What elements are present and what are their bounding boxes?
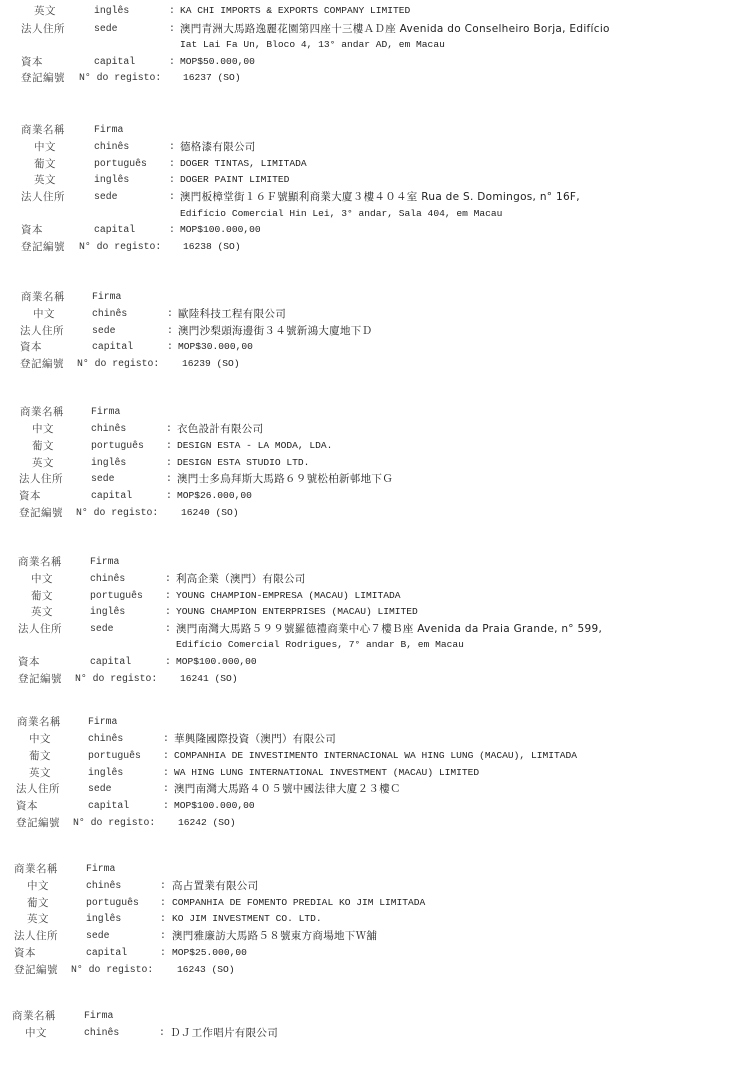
colon: : [169, 222, 175, 238]
firma-label-zh: 商業名稱 [18, 554, 62, 570]
registo-label-pt: N° do registo: [75, 671, 157, 687]
capital-value: MOP$100.000,00 [180, 222, 261, 238]
portugues-label-zh: 葡文 [29, 748, 51, 764]
registo-label-pt: N° do registo: [73, 815, 155, 831]
chines-label-pt: chinês [88, 731, 123, 747]
colon: : [167, 339, 173, 355]
capital-label-zh: 資本 [19, 488, 41, 504]
gazette-page: 英文 inglês : KA CHI IMPORTS & EXPORTS COM… [0, 0, 739, 1077]
registo-value: 16240 (SO) [181, 505, 239, 521]
colon: : [163, 748, 169, 764]
colon: : [165, 621, 171, 637]
sede-value-line2: Iat Lai Fa Un, Bloco 4, 13° andar AD, em… [180, 37, 445, 53]
capital-label-zh: 資本 [18, 654, 40, 670]
registo-label-pt: N° do registo: [77, 356, 159, 372]
sede-value-line2: Edifício Comercial Hin Lei, 3° andar, Sa… [180, 206, 502, 222]
firma-label-zh: 商業名稱 [14, 861, 58, 877]
ingles-value: KA CHI IMPORTS & EXPORTS COMPANY LIMITED [180, 3, 410, 19]
chines-label-pt: chinês [92, 306, 127, 322]
sede-value-line1: 澳門南灣大馬路５９９號羅德禮商業中心７樓Ｂ座 Avenida da Praia … [176, 621, 602, 637]
chines-value: ＤＪ工作唱片有限公司 [170, 1025, 278, 1041]
colon: : [160, 878, 166, 894]
registo-label-zh: 登記編號 [21, 70, 65, 86]
registo-label-pt: N° do registo: [79, 239, 161, 255]
sede-label-pt: sede [91, 471, 115, 487]
registo-value: 16237 (SO) [183, 70, 241, 86]
sede-label-zh: 法人住所 [20, 323, 64, 339]
colon: : [160, 928, 166, 944]
sede-label-zh: 法人住所 [18, 621, 62, 637]
chines-label-zh: 中文 [31, 571, 53, 587]
capital-label-pt: capital [94, 222, 135, 238]
firma-label-pt: Firma [90, 554, 119, 570]
registo-label-pt: N° do registo: [79, 70, 161, 86]
colon: : [166, 455, 172, 471]
chines-value: 利高企業（澳門）有限公司 [176, 571, 306, 587]
portugues-label-pt: português [88, 748, 141, 764]
ingles-label-zh: 英文 [31, 604, 53, 620]
ingles-label-zh: 英文 [29, 765, 51, 781]
colon: : [165, 571, 171, 587]
portugues-label-pt: português [94, 156, 147, 172]
firma-label-pt: Firma [86, 861, 115, 877]
ingles-value: KO JIM INVESTMENT CO. LTD. [172, 911, 322, 927]
sede-label-zh: 法人住所 [19, 471, 63, 487]
portugues-value: YOUNG CHAMPION-EMPRESA (MACAU) LIMITADA [176, 588, 401, 604]
colon: : [165, 654, 171, 670]
ingles-label-pt: inglês [86, 911, 121, 927]
portugues-label-pt: português [91, 438, 144, 454]
portugues-value: COMPANHIA DE FOMENTO PREDIAL KO JIM LIMI… [172, 895, 425, 911]
chines-label-pt: chinês [94, 139, 129, 155]
ingles-label-zh: 英文 [27, 911, 49, 927]
chines-value: 德格漆有限公司 [180, 139, 256, 155]
capital-value: MOP$100.000,00 [176, 654, 257, 670]
colon: : [159, 1025, 165, 1041]
capital-label-pt: capital [90, 654, 131, 670]
portugues-value: COMPANHIA DE INVESTIMENTO INTERNACIONAL … [174, 748, 577, 764]
capital-label-zh: 資本 [16, 798, 38, 814]
chines-label-zh: 中文 [25, 1025, 47, 1041]
colon: : [169, 54, 175, 70]
colon: : [160, 895, 166, 911]
chines-value: 華興隆國際投資（澳門）有限公司 [174, 731, 336, 747]
sede-label-zh: 法人住所 [21, 189, 65, 205]
chines-value: 衣色設計有限公司 [177, 421, 263, 437]
colon: : [166, 421, 172, 437]
colon: : [160, 945, 166, 961]
sede-value-line1: 澳門南灣大馬路４０５號中國法律大廈２３樓Ｃ [174, 781, 401, 797]
capital-value: MOP$25.000,00 [172, 945, 247, 961]
colon: : [169, 172, 175, 188]
sede-value-line1: 澳門沙梨頭海邊街３４號新鴻大廈地下Ｄ [178, 323, 372, 339]
sede-value-line1: 澳門青洲大馬路逸麗花園第四座十三樓ＡＤ座 Avenida do Conselhe… [180, 21, 610, 37]
registo-label-zh: 登記編號 [19, 505, 63, 521]
registo-value: 16241 (SO) [180, 671, 238, 687]
registo-label-zh: 登記編號 [16, 815, 60, 831]
capital-label-pt: capital [91, 488, 132, 504]
ingles-label-zh: 英文 [34, 3, 56, 19]
capital-label-pt: capital [88, 798, 129, 814]
sede-label-pt: sede [94, 189, 118, 205]
firma-label-pt: Firma [88, 714, 117, 730]
capital-value: MOP$100.000,00 [174, 798, 255, 814]
sede-label-pt: sede [94, 21, 118, 37]
capital-value: MOP$50.000,00 [180, 54, 255, 70]
ingles-label-pt: inglês [91, 455, 126, 471]
colon: : [167, 306, 173, 322]
registo-value: 16239 (SO) [182, 356, 240, 372]
sede-value-line1: 澳門士多鳥拜斯大馬路６９號松柏新邨地下Ｇ [177, 471, 393, 487]
colon: : [163, 765, 169, 781]
colon: : [169, 139, 175, 155]
colon: : [169, 189, 175, 205]
registo-label-pt: N° do registo: [71, 962, 153, 978]
registo-label-zh: 登記編號 [14, 962, 58, 978]
firma-label-pt: Firma [91, 404, 120, 420]
ingles-value: DOGER PAINT LIMITED [180, 172, 289, 188]
capital-label-pt: capital [92, 339, 133, 355]
registo-value: 16243 (SO) [177, 962, 235, 978]
chines-label-zh: 中文 [32, 421, 54, 437]
chines-value: 高占置業有限公司 [172, 878, 258, 894]
colon: : [166, 438, 172, 454]
chines-label-zh: 中文 [34, 139, 56, 155]
firma-label-zh: 商業名稱 [20, 404, 64, 420]
chines-label-pt: chinês [90, 571, 125, 587]
portugues-label-zh: 葡文 [34, 156, 56, 172]
firma-label-zh: 商業名稱 [21, 122, 65, 138]
sede-label-pt: sede [88, 781, 112, 797]
registo-label-zh: 登記編號 [18, 671, 62, 687]
chines-label-zh: 中文 [29, 731, 51, 747]
chines-label-zh: 中文 [33, 306, 55, 322]
chines-value: 歐陸科技工程有限公司 [178, 306, 286, 322]
capital-label-zh: 資本 [14, 945, 36, 961]
registo-label-zh: 登記編號 [21, 239, 65, 255]
sede-value-line1: 澳門雅廉訪大馬路５８號東方商場地下Ｗ舖 [172, 928, 377, 944]
colon: : [169, 21, 175, 37]
ingles-label-pt: inglês [88, 765, 123, 781]
colon: : [160, 911, 166, 927]
ingles-label-pt: inglês [94, 172, 129, 188]
colon: : [163, 731, 169, 747]
firma-label-pt: Firma [84, 1008, 113, 1024]
sede-value-line2: Edifício Comercial Rodrigues, 7° andar B… [176, 637, 464, 653]
capital-label-zh: 資本 [21, 222, 43, 238]
capital-label-zh: 資本 [21, 54, 43, 70]
sede-label-pt: sede [92, 323, 116, 339]
chines-label-zh: 中文 [27, 878, 49, 894]
registo-label-pt: N° do registo: [76, 505, 158, 521]
registo-value: 16242 (SO) [178, 815, 236, 831]
chines-label-pt: chinês [86, 878, 121, 894]
colon: : [165, 604, 171, 620]
registo-label-zh: 登記編號 [20, 356, 64, 372]
colon: : [163, 798, 169, 814]
colon: : [167, 323, 173, 339]
colon: : [169, 156, 175, 172]
portugues-label-zh: 葡文 [32, 438, 54, 454]
portugues-value: DESIGN ESTA - LA MODA, LDA. [177, 438, 332, 454]
capital-value: MOP$26.000,00 [177, 488, 252, 504]
ingles-label-zh: 英文 [32, 455, 54, 471]
ingles-value: WA HING LUNG INTERNATIONAL INVESTMENT (M… [174, 765, 479, 781]
ingles-value: DESIGN ESTA STUDIO LTD. [177, 455, 309, 471]
colon: : [166, 488, 172, 504]
sede-label-zh: 法人住所 [16, 781, 60, 797]
portugues-value: DOGER TINTAS, LIMITADA [180, 156, 307, 172]
portugues-label-zh: 葡文 [31, 588, 53, 604]
portugues-label-pt: português [90, 588, 143, 604]
firma-label-zh: 商業名稱 [12, 1008, 56, 1024]
firma-label-pt: Firma [94, 122, 123, 138]
capital-value: MOP$30.000,00 [178, 339, 253, 355]
ingles-label-pt: inglês [94, 3, 129, 19]
sede-label-zh: 法人住所 [14, 928, 58, 944]
colon: : [166, 471, 172, 487]
ingles-label-pt: inglês [90, 604, 125, 620]
colon: : [165, 588, 171, 604]
firma-label-zh: 商業名稱 [17, 714, 61, 730]
ingles-label-zh: 英文 [34, 172, 56, 188]
capital-label-pt: capital [86, 945, 127, 961]
colon: : [169, 3, 175, 19]
chines-label-pt: chinês [84, 1025, 119, 1041]
firma-label-pt: Firma [92, 289, 121, 305]
portugues-label-pt: português [86, 895, 139, 911]
capital-label-pt: capital [94, 54, 135, 70]
portugues-label-zh: 葡文 [27, 895, 49, 911]
sede-label-pt: sede [90, 621, 114, 637]
sede-label-pt: sede [86, 928, 110, 944]
colon: : [163, 781, 169, 797]
sede-label-zh: 法人住所 [21, 21, 65, 37]
firma-label-zh: 商業名稱 [21, 289, 65, 305]
capital-label-zh: 資本 [20, 339, 42, 355]
chines-label-pt: chinês [91, 421, 126, 437]
sede-value-line1: 澳門板樟堂街１６Ｆ號顯利商業大廈３樓４０４室 Rua de S. Domingo… [180, 189, 580, 205]
ingles-value: YOUNG CHAMPION ENTERPRISES (MACAU) LIMIT… [176, 604, 418, 620]
registo-value: 16238 (SO) [183, 239, 241, 255]
